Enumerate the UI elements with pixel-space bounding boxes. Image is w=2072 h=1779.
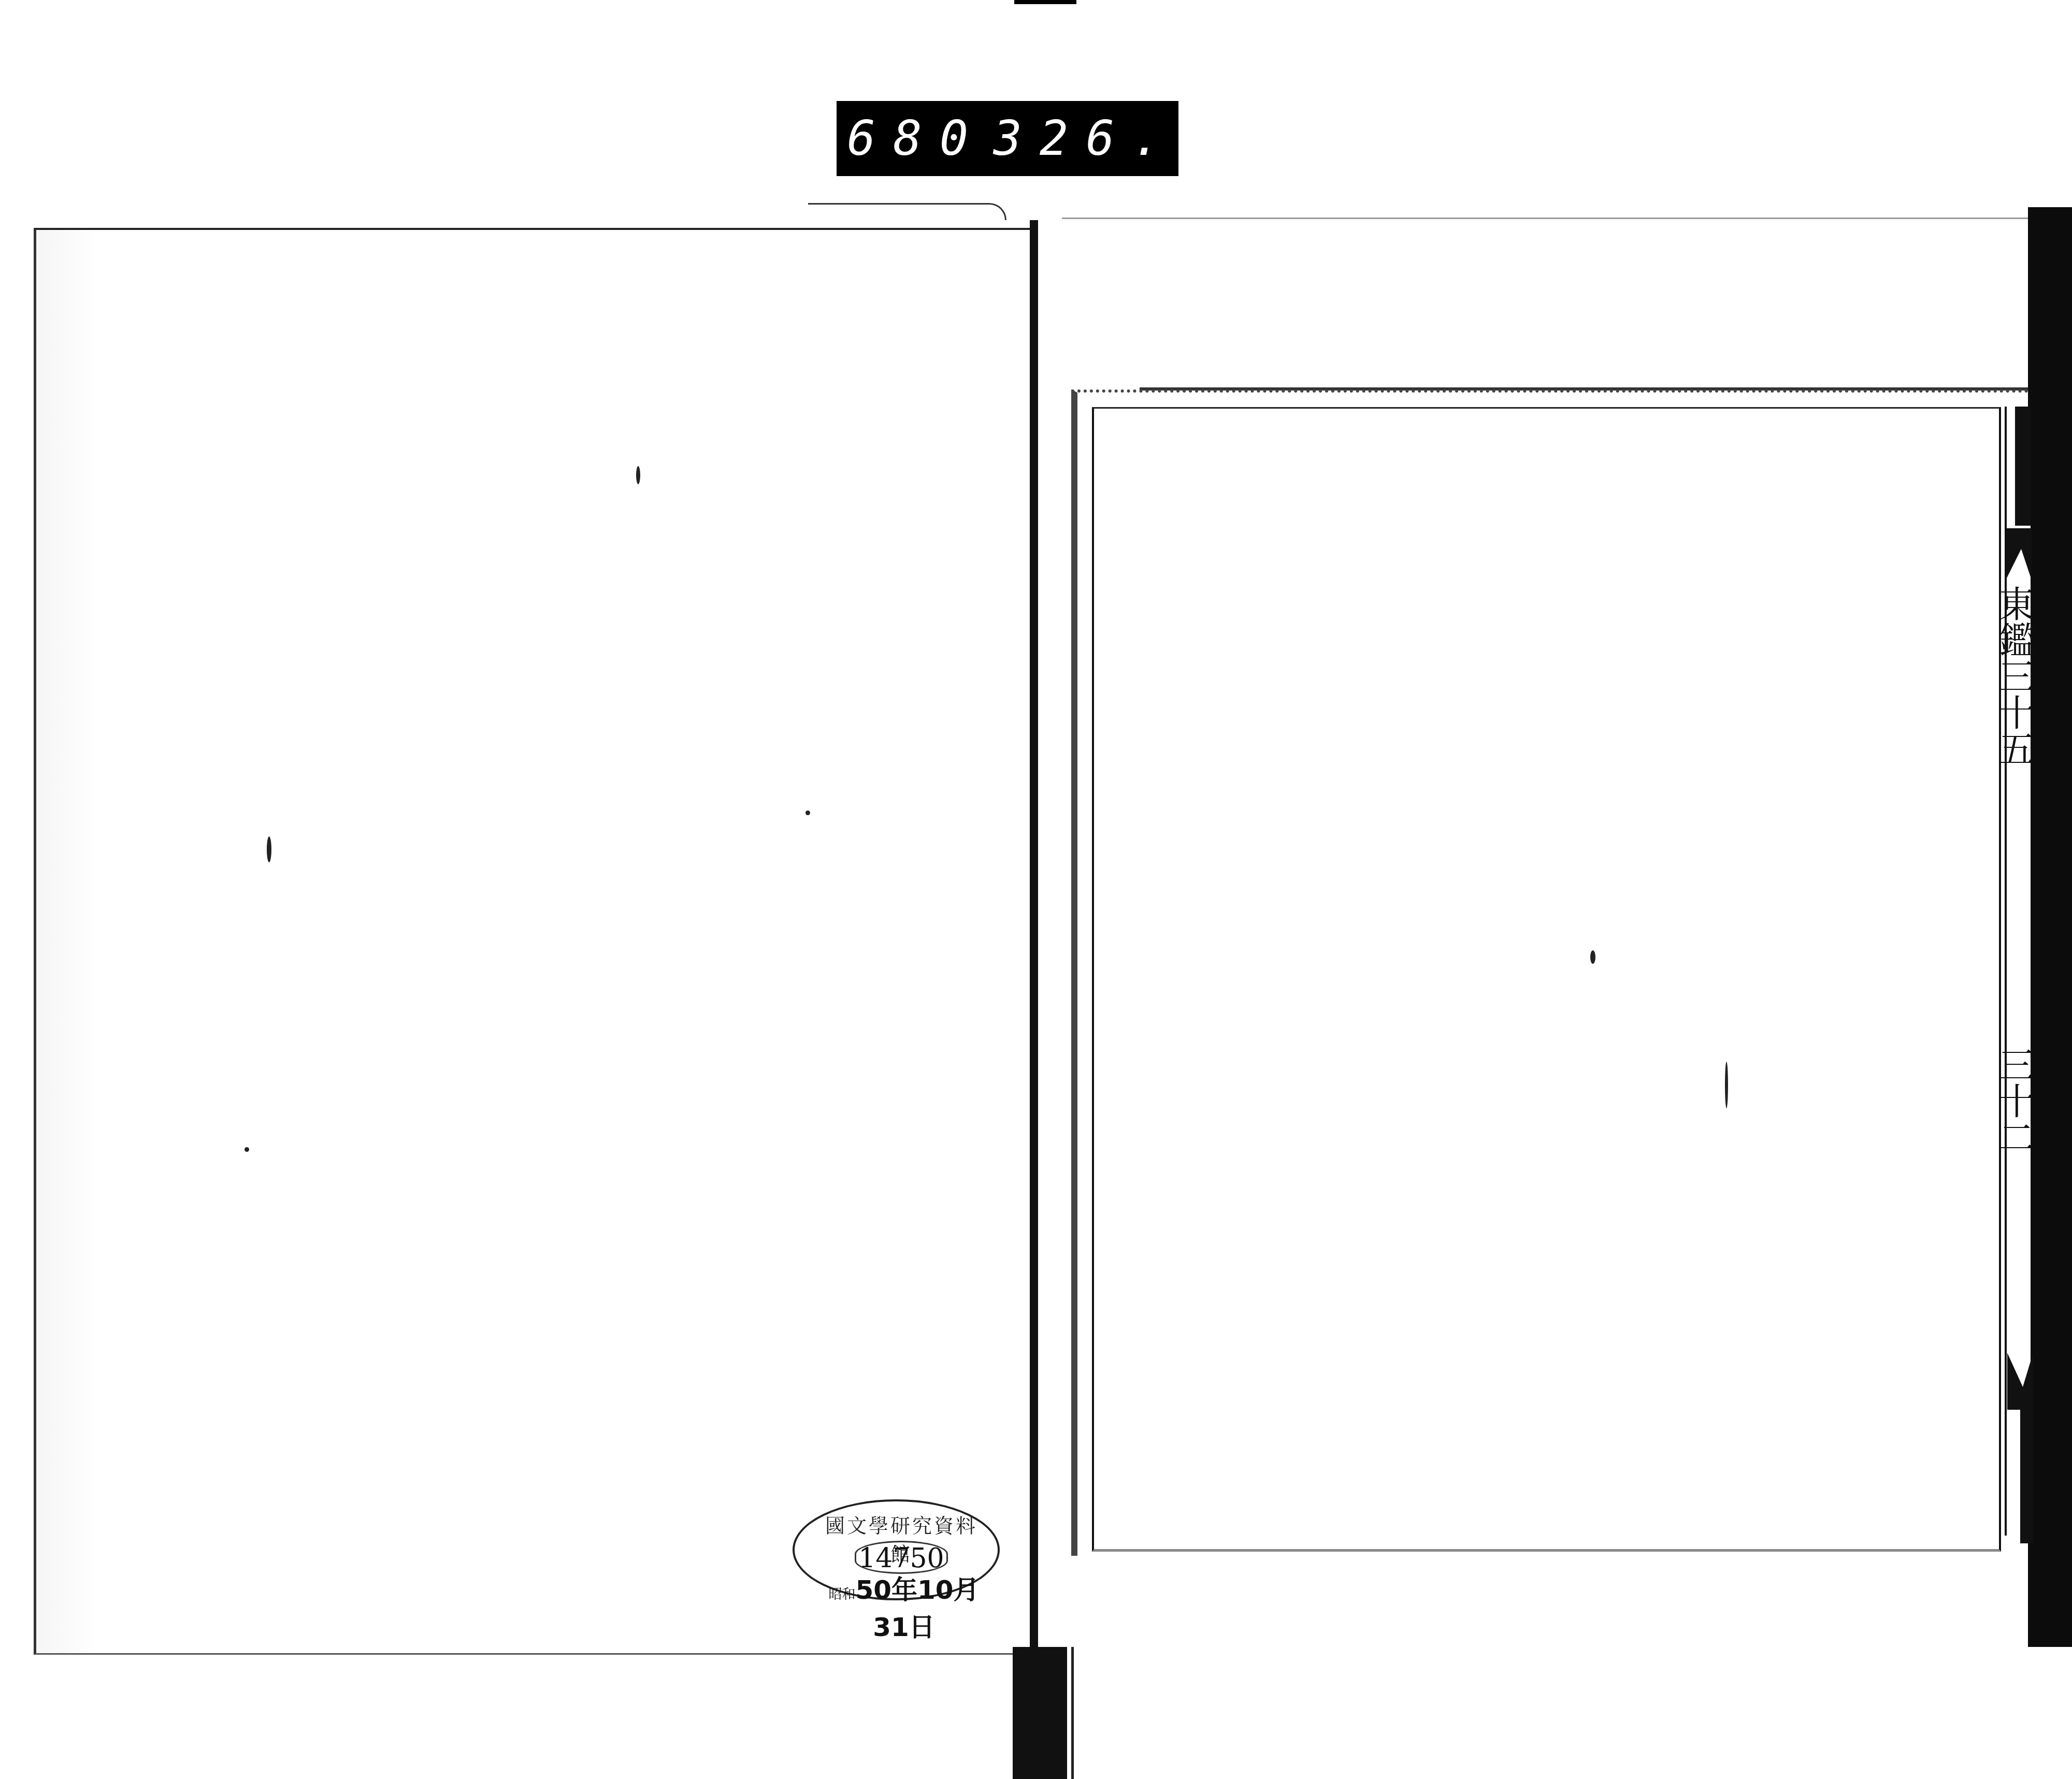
- scan-speck: [636, 466, 640, 484]
- film-frame-counter: 680 326.: [837, 101, 1178, 176]
- page-curl: [808, 203, 1006, 220]
- left-page-blank: [34, 228, 1031, 1655]
- scan-speck: [267, 836, 271, 862]
- sequence-number: 326.: [993, 111, 1178, 166]
- gutter: [1030, 220, 1038, 1650]
- fore-edge-dark-bottom: [2020, 1409, 2033, 1543]
- frame-number: 680: [847, 111, 986, 166]
- scan-speck: [244, 1147, 249, 1152]
- edge-page-number-text: 三十二: [2014, 1046, 2035, 1155]
- gutter-shadow: [1013, 1647, 1067, 1779]
- scan-speck: [1725, 1062, 1728, 1108]
- right-page-inner-frame: [1092, 407, 2001, 1552]
- scan-speck: [805, 811, 810, 815]
- scan-speck: [1590, 950, 1595, 964]
- edge-title-text: 東鑑三十五: [2014, 585, 2035, 766]
- spine-top: [1014, 0, 1076, 4]
- fore-edge-dark-top: [2015, 407, 2031, 526]
- stamp-date: 昭和50年10月31日: [826, 1569, 982, 1644]
- book-block-edge: [2028, 207, 2072, 1647]
- gutter-edge: [1071, 1647, 1074, 1779]
- right-page-top-edge: [1062, 218, 2031, 219]
